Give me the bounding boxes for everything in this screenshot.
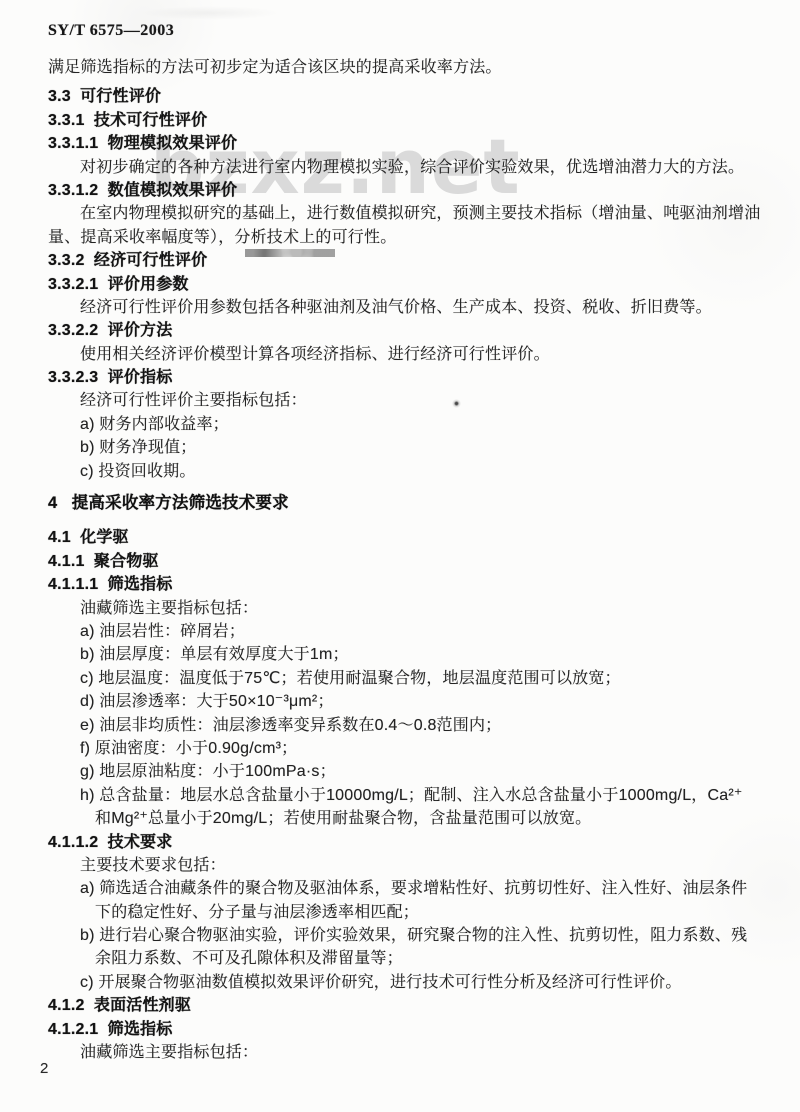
doc-line: 4.1.2.1 筛选指标 — [48, 1018, 760, 1041]
doc-line: f) 原油密度：小于0.90g/cm³； — [48, 737, 760, 760]
doc-line: 量、提高采收率幅度等），分析技术上的可行性。 — [48, 226, 760, 249]
page-number: 2 — [40, 1060, 48, 1077]
doc-line: 经济可行性评价用参数包括各种驱油剂及油气价格、生产成本、投资、税收、折旧费等。 — [48, 296, 760, 319]
doc-line: h) 总含盐量：地层水总含盐量小于10000mg/L；配制、注入水总含盐量小于1… — [48, 784, 760, 807]
doc-line: g) 地层原油粘度：小于100mPa·s； — [48, 760, 760, 783]
scan-artifact-speck — [452, 399, 461, 408]
doc-line: 4 提高采收率方法筛选技术要求 — [48, 492, 760, 515]
doc-line: d) 油层渗透率：大于50×10⁻³μm²； — [48, 690, 760, 713]
doc-line: 下的稳定性好、分子量与油层渗透率相匹配； — [48, 901, 760, 924]
document-page: bzxz.net SY/T 6575—2003 满足筛选指标的方法可初步定为适合… — [0, 0, 800, 1112]
doc-line: 使用相关经济评价模型计算各项经济指标、进行经济可行性评价。 — [48, 343, 760, 366]
doc-line: 余阻力系数、不可及孔隙体积及滞留量等； — [48, 947, 760, 970]
scan-smudge — [140, 6, 280, 20]
doc-line: 4.1.1 聚合物驱 — [48, 550, 760, 573]
doc-line: 和Mg²⁺总量小于20mg/L；若使用耐盐聚合物，含盐量范围可以放宽。 — [48, 807, 760, 830]
standard-number-header: SY/T 6575—2003 — [48, 22, 174, 40]
doc-line: 对初步确定的各种方法进行室内物理模拟实验，综合评价实验效果，优选增油潜力大的方法… — [48, 156, 760, 179]
doc-line: 4.1.1.2 技术要求 — [48, 831, 760, 854]
doc-line: 油藏筛选主要指标包括： — [48, 597, 760, 620]
doc-line: 主要技术要求包括： — [48, 854, 760, 877]
doc-line: 4.1 化学驱 — [48, 526, 760, 549]
doc-line: 3.3.2.2 评价方法 — [48, 319, 760, 342]
doc-line: 经济可行性评价主要指标包括： — [48, 389, 760, 412]
doc-line: b) 财务净现值； — [48, 436, 760, 459]
doc-line: 油藏筛选主要指标包括： — [48, 1041, 760, 1064]
doc-line: a) 筛选适合油藏条件的聚合物及驱油体系，要求增粘性好、抗剪切性好、注入性好、油… — [48, 877, 760, 900]
doc-line: 在室内物理模拟研究的基础上，进行数值模拟研究，预测主要技术指标（增油量、吨驱油剂… — [48, 202, 760, 225]
doc-line: 3.3.1.1 物理模拟效果评价 — [48, 132, 760, 155]
doc-line: a) 财务内部收益率； — [48, 413, 760, 436]
doc-line: e) 油层非均质性：油层渗透率变异系数在0.4～0.8范围内； — [48, 714, 760, 737]
doc-line: 3.3.1 技术可行性评价 — [48, 109, 760, 132]
document-body: 满足筛选指标的方法可初步定为适合该区块的提高采收率方法。3.3 可行性评价3.3… — [48, 56, 760, 1064]
doc-line: 3.3.2.3 评价指标 — [48, 366, 760, 389]
doc-line: b) 油层厚度：单层有效厚度大于1m； — [48, 643, 760, 666]
doc-line: 4.1.2 表面活性剂驱 — [48, 994, 760, 1017]
doc-line: 满足筛选指标的方法可初步定为适合该区块的提高采收率方法。 — [48, 56, 760, 79]
doc-line: 4.1.1.1 筛选指标 — [48, 573, 760, 596]
doc-line: c) 开展聚合物驱油数值模拟效果评价研究，进行技术可行性分析及经济可行性评价。 — [48, 971, 760, 994]
doc-line: c) 地层温度：温度低于75℃；若使用耐温聚合物，地层温度范围可以放宽； — [48, 667, 760, 690]
doc-line: 3.3 可行性评价 — [48, 85, 760, 108]
scan-artifact-dots — [245, 249, 335, 257]
doc-line: 3.3.1.2 数值模拟效果评价 — [48, 179, 760, 202]
doc-line: c) 投资回收期。 — [48, 460, 760, 483]
doc-line: 3.3.2 经济可行性评价 — [48, 249, 760, 272]
doc-line: a) 油层岩性：碎屑岩； — [48, 620, 760, 643]
doc-line: b) 进行岩心聚合物驱油实验，评价实验效果，研究聚合物的注入性、抗剪切性，阻力系… — [48, 924, 760, 947]
doc-line: 3.3.2.1 评价用参数 — [48, 273, 760, 296]
